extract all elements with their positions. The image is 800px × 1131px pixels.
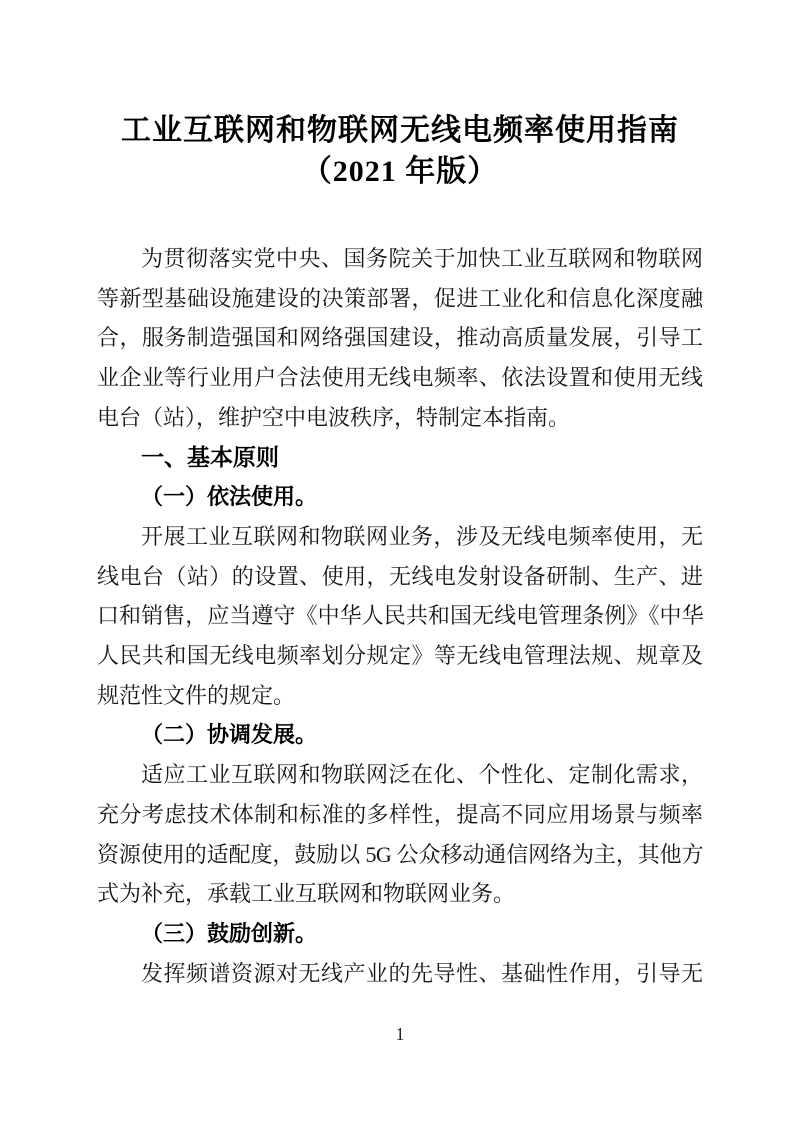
text-line: 规范性文件的规定。	[97, 676, 703, 716]
text-line: 开展工业互联网和物联网业务，涉及无线电频率使用，无	[97, 517, 703, 557]
document-body: 为贯彻落实党中央、国务院关于加快工业互联网和物联网等新型基础设施建设的决策部署，…	[97, 239, 703, 993]
text-line: 口和销售，应当遵守《中华人民共和国无线电管理条例》《中华	[97, 596, 703, 636]
document-title: 工业互联网和物联网无线电频率使用指南 （2021 年版）	[70, 110, 730, 192]
document-title-line1: 工业互联网和物联网无线电频率使用指南	[70, 110, 730, 151]
text-line: 等新型基础设施建设的决策部署，促进工业化和信息化深度融	[97, 279, 703, 319]
text-line: 线电台（站）的设置、使用，无线电发射设备研制、生产、进	[97, 557, 703, 597]
page-number: 1	[0, 1023, 800, 1045]
text-line: 合，服务制造强国和网络强国建设，推动高质量发展，引导工	[97, 318, 703, 358]
text-line: 发挥频谱资源对无线产业的先导性、基础性作用，引导无	[97, 954, 703, 994]
text-line: 为贯彻落实党中央、国务院关于加快工业互联网和物联网	[97, 239, 703, 279]
text-line: 适应工业互联网和物联网泛在化、个性化、定制化需求，	[97, 755, 703, 795]
text-line: 资源使用的适配度，鼓励以 5G 公众移动通信网络为主，其他方	[97, 835, 703, 875]
document-title-line2: （2021 年版）	[70, 151, 730, 192]
sub-heading: （三）鼓励创新。	[97, 914, 703, 954]
text-line: 电台（站），维护空中电波秩序，特制定本指南。	[97, 398, 703, 438]
sub-heading: （一）依法使用。	[97, 477, 703, 517]
text-line: 式为补充，承载工业互联网和物联网业务。	[97, 874, 703, 914]
document-page: 工业互联网和物联网无线电频率使用指南 （2021 年版） 为贯彻落实党中央、国务…	[0, 0, 800, 1131]
text-line: 业企业等行业用户合法使用无线电频率、依法设置和使用无线	[97, 358, 703, 398]
text-line: 人民共和国无线电频率划分规定》等无线电管理法规、规章及	[97, 636, 703, 676]
section-heading: 一、基本原则	[97, 438, 703, 478]
sub-heading: （二）协调发展。	[97, 715, 703, 755]
text-line: 充分考虑技术体制和标准的多样性，提高不同应用场景与频率	[97, 795, 703, 835]
